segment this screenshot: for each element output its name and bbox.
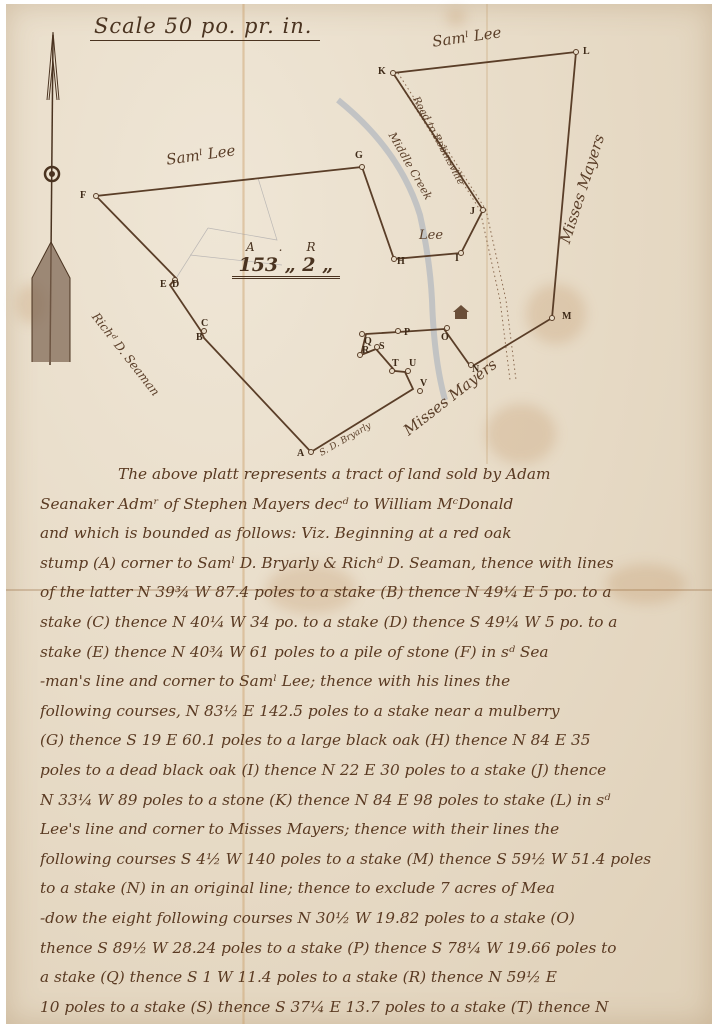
label-lee-inner: Lee — [419, 228, 443, 243]
scale-title: Scale 50 po. pr. in. — [90, 14, 320, 41]
deed-line: stake (C) thence N 40¼ W 34 po. to a sta… — [40, 608, 690, 638]
deed-line: -man's line and corner to Samˡ Lee; then… — [40, 667, 690, 697]
area-value: 153 „ 2 „ — [232, 254, 340, 279]
area-label: A.R 153 „ 2 „ — [232, 240, 340, 279]
deed-line: a stake (Q) thence S 1 W 11.4 poles to a… — [40, 963, 690, 993]
point-label-e: E — [160, 279, 167, 290]
deed-line: Seanaker Admʳ of Stephen Mayers decᵈ to … — [40, 490, 690, 520]
deed-line: Lee's line and corner to Misses Mayers; … — [40, 815, 690, 845]
point-label-r: R — [362, 345, 369, 356]
point-label-c: C — [201, 318, 208, 329]
deed-line: 10 poles to a stake (S) thence S 37¼ E 1… — [40, 993, 690, 1023]
point-label-m: M — [562, 311, 571, 322]
point-label-j: J — [470, 206, 475, 217]
point-label-i: I — [455, 253, 459, 264]
area-unit-a: A. — [246, 240, 306, 254]
deed-line: N 33¼ W 89 poles to a stone (K) thence N… — [40, 786, 690, 816]
point-label-h: H — [397, 256, 405, 267]
point-label-l: L — [583, 46, 590, 57]
deed-line: stump (A) corner to Samˡ D. Bryarly & Ri… — [40, 549, 690, 579]
north-arrow-icon — [32, 32, 70, 365]
area-unit-r: R — [306, 240, 339, 254]
point-label-p: P — [404, 327, 410, 338]
deed-line: The above platt represents a tract of la… — [40, 460, 690, 490]
deed-line: following courses S 4½ W 140 poles to a … — [40, 845, 690, 875]
point-label-f: F — [80, 190, 86, 201]
point-label-d: D — [172, 279, 179, 290]
deed-line: of the latter N 39¾ W 87.4 poles to a st… — [40, 578, 690, 608]
point-label-o: O — [441, 332, 449, 343]
point-label-k: K — [378, 66, 386, 77]
point-label-s: S — [379, 341, 385, 352]
deed-line: poles to a dead black oak (I) thence N 2… — [40, 756, 690, 786]
deed-line: to a stake (N) in an original line; then… — [40, 874, 690, 904]
deed-description: The above platt represents a tract of la… — [40, 460, 690, 1022]
road-path — [393, 73, 510, 380]
deed-line: stake (E) thence N 40¾ W 61 poles to a p… — [40, 638, 690, 668]
point-label-a: A — [297, 448, 304, 459]
deed-line: (G) thence S 19 E 60.1 poles to a large … — [40, 726, 690, 756]
point-label-g: G — [355, 150, 363, 161]
deed-line: following courses, N 83½ E 142.5 poles t… — [40, 697, 690, 727]
deed-line: -dow the eight following courses N 30½ W… — [40, 904, 690, 934]
point-label-b: B — [196, 332, 203, 343]
deed-line: thence S 89½ W 28.24 poles to a stake (P… — [40, 934, 690, 964]
point-label-v: V — [420, 378, 427, 389]
point-label-t: T — [392, 358, 399, 369]
house-icon — [453, 305, 469, 319]
deed-line: and which is bounded as follows: Viz. Be… — [40, 519, 690, 549]
point-label-u: U — [409, 358, 416, 369]
